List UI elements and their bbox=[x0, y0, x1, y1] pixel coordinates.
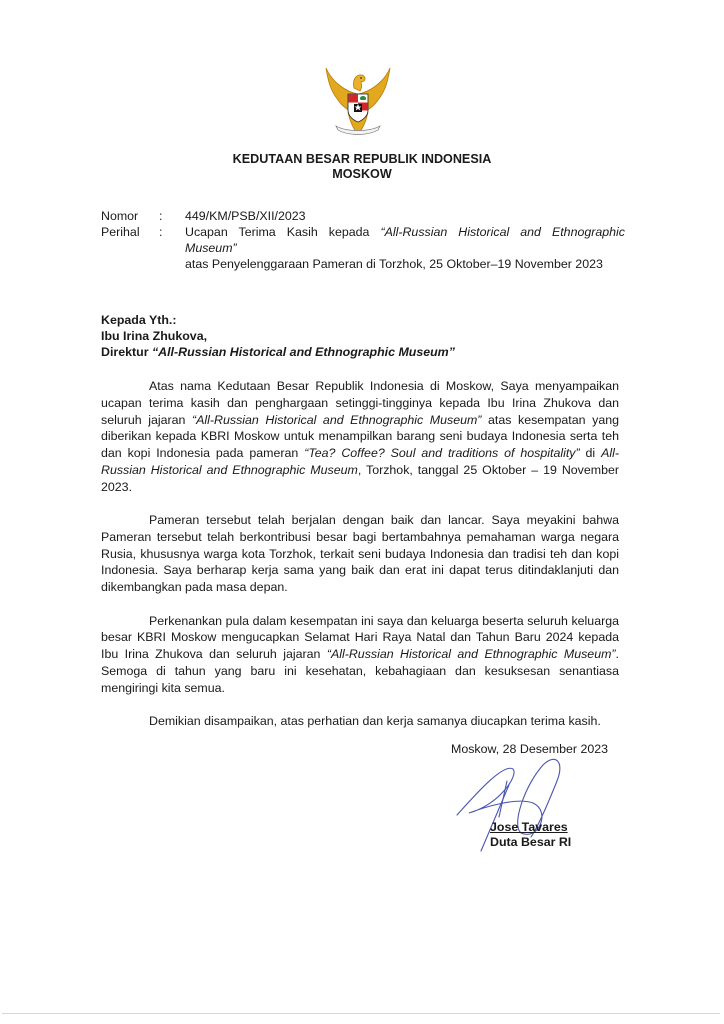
scan-edge-line bbox=[2, 1013, 720, 1014]
institution-city: MOSKOW bbox=[0, 167, 724, 182]
colon: : bbox=[159, 224, 185, 272]
salutation: Kepada Yth.: bbox=[101, 312, 455, 328]
place-date: Moskow, 28 Desember 2023 bbox=[451, 742, 608, 756]
letter-meta: Nomor : 449/KM/PSB/XII/2023 Perihal : Uc… bbox=[101, 208, 625, 272]
colon: : bbox=[159, 208, 185, 224]
title-prefix: Direktur bbox=[101, 345, 152, 359]
letter-body: Atas nama Kedutaan Besar Republik Indone… bbox=[101, 378, 619, 730]
subject-row: Perihal : Ucapan Terima Kasih kepada “Al… bbox=[101, 224, 625, 272]
recipient-name: Ibu Irina Zhukova, bbox=[101, 328, 455, 344]
p1-museum: “All-Russian Historical and Ethnographic… bbox=[192, 413, 481, 427]
signatory-block: Jose Tavares Duta Besar RI bbox=[490, 820, 571, 850]
recipient-title: Direktur “All-Russian Historical and Eth… bbox=[101, 344, 455, 360]
title-museum: “All-Russian Historical and Ethnographic… bbox=[152, 345, 455, 359]
paragraph-1: Atas nama Kedutaan Besar Republik Indone… bbox=[101, 378, 619, 496]
subject-value: Ucapan Terima Kasih kepada “All-Russian … bbox=[185, 224, 625, 272]
signatory-position: Duta Besar RI bbox=[490, 835, 571, 850]
paragraph-3: Perkenankan pula dalam kesempatan ini sa… bbox=[101, 613, 619, 697]
p1-exhibition-title: “Tea? Coffee? Soul and traditions of hos… bbox=[304, 446, 579, 460]
signatory-name: Jose Tavares bbox=[490, 820, 571, 835]
letterhead: KEDUTAAN BESAR REPUBLIK INDONESIA MOSKOW bbox=[0, 152, 724, 182]
number-row: Nomor : 449/KM/PSB/XII/2023 bbox=[101, 208, 625, 224]
p3-museum: “All-Russian Historical and Ethnographic… bbox=[327, 647, 616, 661]
paragraph-2: Pameran tersebut telah berjalan dengan b… bbox=[101, 512, 619, 596]
subject-line2: atas Penyelenggaraan Pameran di Torzhok,… bbox=[185, 257, 603, 271]
p1-text-e: di bbox=[580, 446, 601, 460]
subject-label: Perihal bbox=[101, 224, 159, 272]
institution-name: KEDUTAAN BESAR REPUBLIK INDONESIA bbox=[0, 152, 724, 167]
number-label: Nomor bbox=[101, 208, 159, 224]
number-value: 449/KM/PSB/XII/2023 bbox=[185, 208, 625, 224]
subject-prefix: Ucapan Terima Kasih kepada bbox=[185, 225, 380, 239]
closing-line: Demikian disampaikan, atas perhatian dan… bbox=[101, 713, 619, 730]
garuda-emblem-icon bbox=[318, 64, 398, 144]
recipient-block: Kepada Yth.: Ibu Irina Zhukova, Direktur… bbox=[101, 312, 455, 360]
